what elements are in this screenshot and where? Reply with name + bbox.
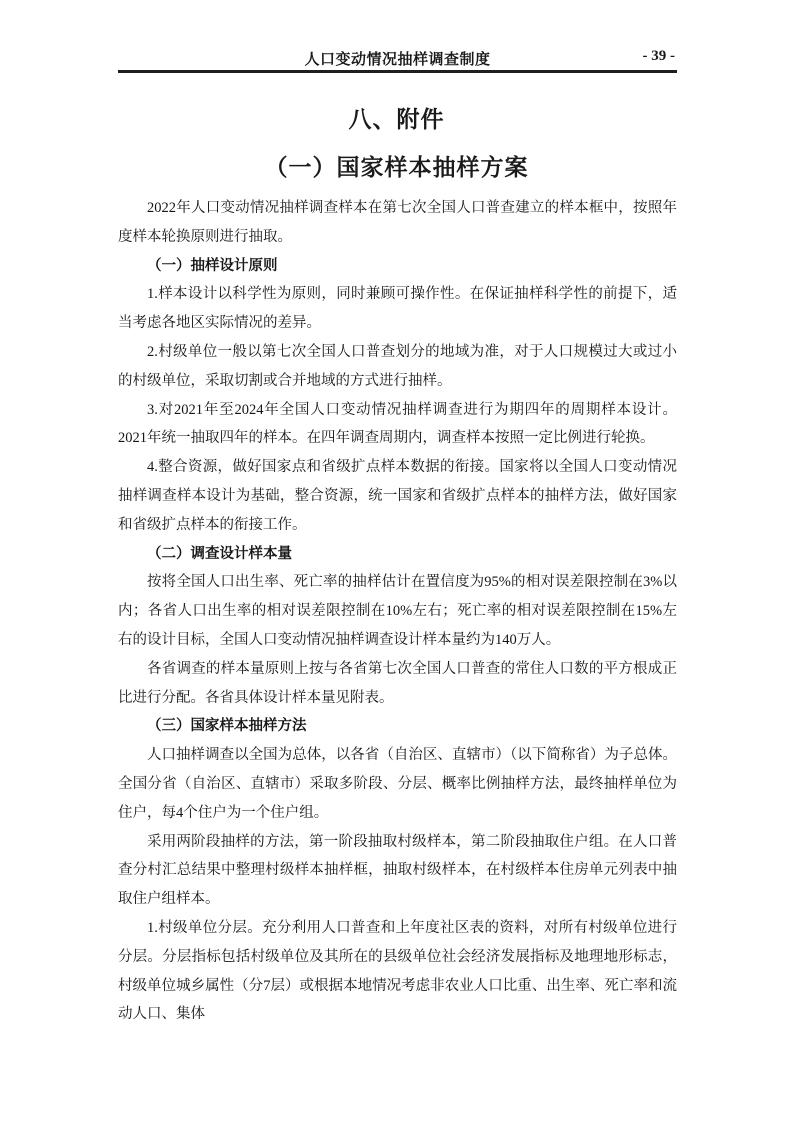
content: 2022年人口变动情况抽样调查样本在第七次全国人口普查建立的样本框中，按照年度样… [118, 194, 677, 1029]
paragraph: 人口抽样调查以全国为总体，以各省（自治区、直辖市）（以下简称省）为子总体。全国分… [118, 741, 677, 827]
header-rule [118, 70, 677, 73]
section-heading: （一）抽样设计原则 [118, 252, 677, 281]
section-title: （一）国家样本抽样方案 [0, 149, 793, 182]
paragraph: 各省调查的样本量原则上按与各省第七次全国人口普查的常住人口数的平方根成正比进行分… [118, 655, 677, 713]
section-heading: （三）国家样本抽样方法 [118, 712, 677, 741]
paragraph: 按将全国人口出生率、死亡率的抽样估计在置信度为95%的相对误差限控制在3%以内；… [118, 568, 677, 654]
section-heading: （二）调查设计样本量 [118, 540, 677, 569]
paragraph: 采用两阶段抽样的方法，第一阶段抽取村级样本，第二阶段抽取住户组。在人口普查分村汇… [118, 828, 677, 914]
paragraph: 4.整合资源，做好国家点和省级扩点样本数据的衔接。国家将以全国人口变动情况抽样调… [118, 453, 677, 539]
running-header: 人口变动情况抽样调查制度 - 39 - [118, 48, 677, 70]
paragraph: 2022年人口变动情况抽样调查样本在第七次全国人口普查建立的样本框中，按照年度样… [118, 194, 677, 252]
running-header-title: 人口变动情况抽样调查制度 [118, 48, 677, 69]
paragraph: 2.村级单位一般以第七次全国人口普查划分的地域为准，对于人口规模过大或过小的村级… [118, 338, 677, 396]
chapter-title: 八、附件 [0, 101, 793, 134]
paragraph: 3.对2021年至2024年全国人口变动情况抽样调查进行为期四年的周期样本设计。… [118, 396, 677, 454]
page-number: - 39 - [643, 48, 676, 65]
document-page: 人口变动情况抽样调查制度 - 39 - 八、附件 （一）国家样本抽样方案 202… [0, 0, 793, 1122]
paragraph: 1.村级单位分层。充分利用人口普查和上年度社区表的资料，对所有村级单位进行分层。… [118, 914, 677, 1029]
paragraph: 1.样本设计以科学性为原则，同时兼顾可操作性。在保证抽样科学性的前提下，适当考虑… [118, 280, 677, 338]
